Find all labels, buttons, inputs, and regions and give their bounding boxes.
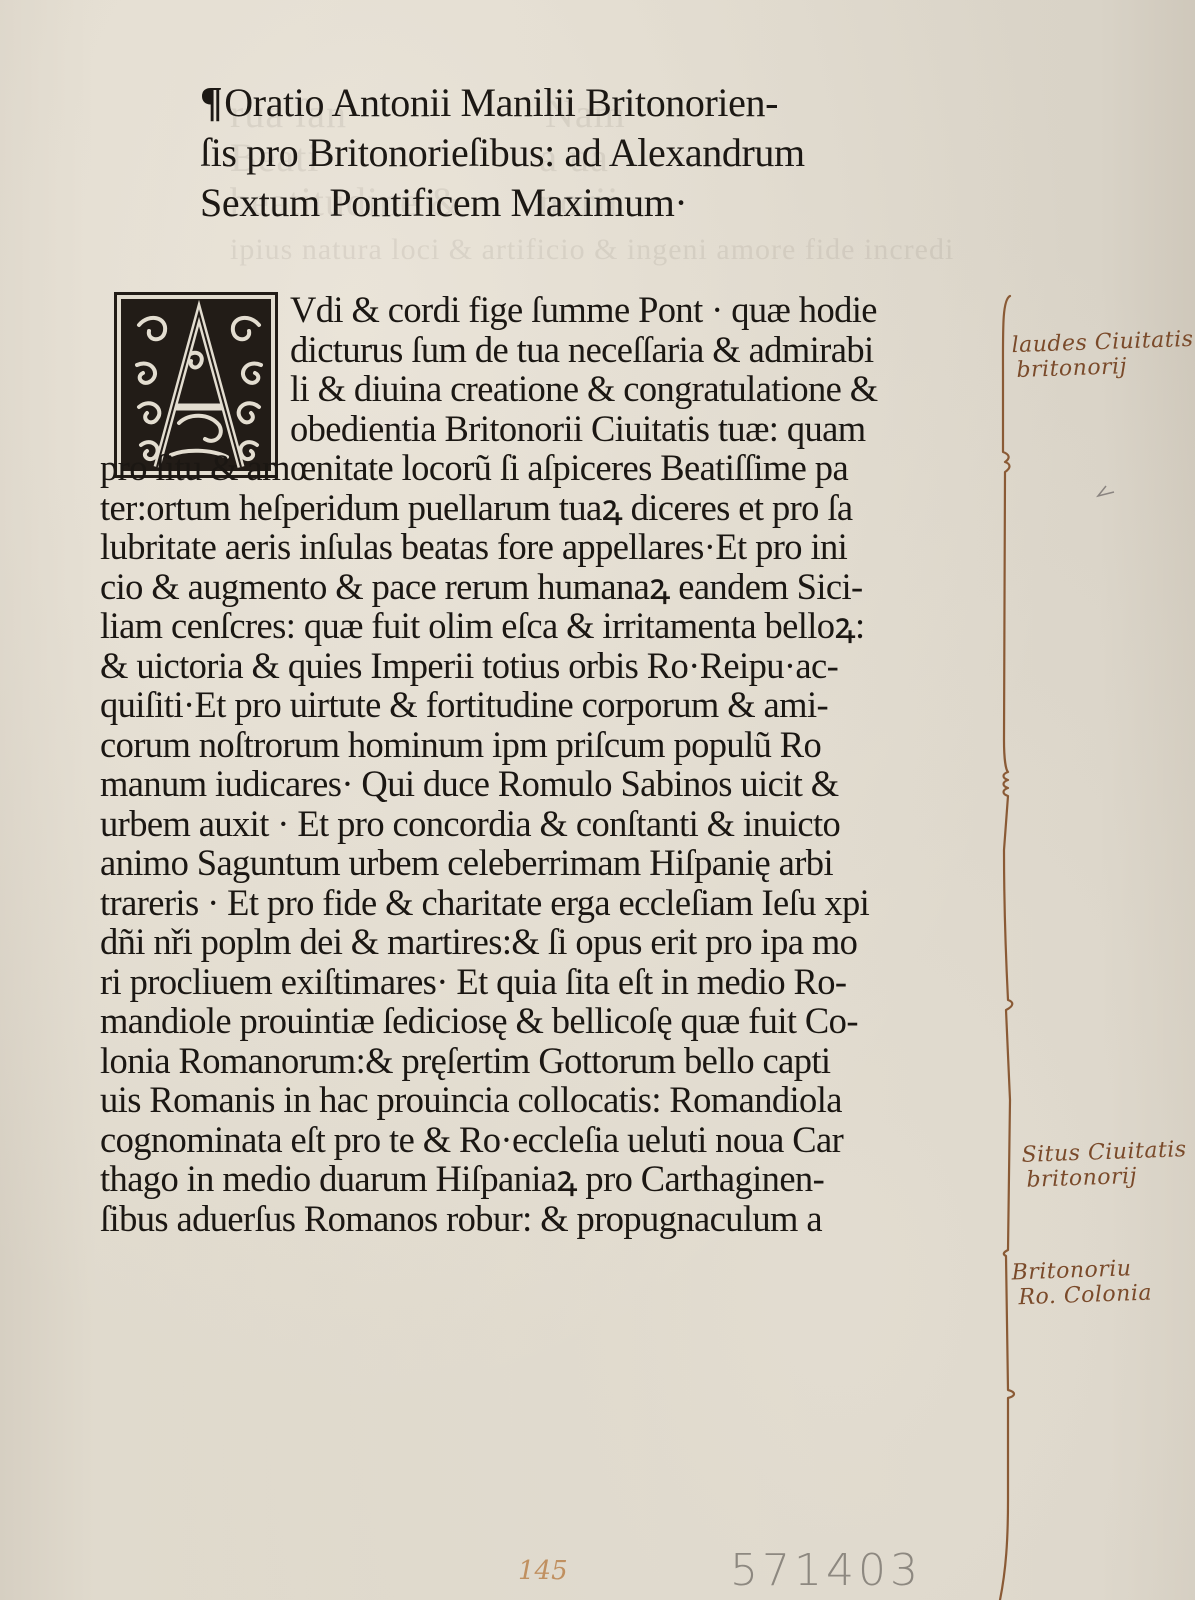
marginal-note: Situs Ciuitatis britonorij	[1021, 1137, 1188, 1193]
shelfmark-number: 571403	[730, 1545, 922, 1596]
marginal-note: Britonoriu Ro. Colonia	[1011, 1256, 1152, 1311]
marginal-bracket-line-icon	[0, 0, 1195, 1600]
book-page: rua ſan Nam Beati a ua beatitudine & nor…	[0, 0, 1195, 1600]
folio-note: 145	[518, 1556, 568, 1586]
marginal-note: laudes Ciuitatis britonorij	[1011, 327, 1195, 383]
